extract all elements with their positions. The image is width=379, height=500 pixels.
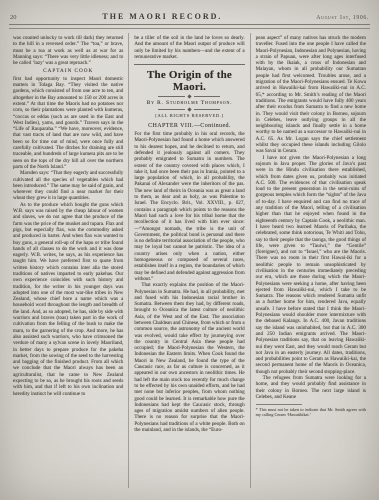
diamond-ornament-icon [187, 95, 191, 99]
rights-reserved-notice: [ALL RIGHTS RESERVED.] [134, 113, 244, 119]
publication-title: THE MAORI RECORD. [102, 12, 222, 21]
article-title: The Origin of the Maori. [134, 69, 244, 93]
column-layout: was counted unlucky to work till dark) t… [8, 33, 371, 488]
page-inner: 20 THE MAORI RECORD. August 1st, 1906. w… [0, 0, 379, 488]
paragraph-previous-article-end: be a tiller of the soil in the land he l… [134, 35, 244, 60]
footnote: * This must not be taken to indicate tha… [256, 407, 366, 417]
article-byline: By R. Studholme Thompson. [134, 100, 244, 106]
rule-bar [194, 96, 221, 97]
rule-bar [158, 109, 185, 110]
paragraph: was counted unlucky to work till dark) t… [13, 35, 123, 66]
masthead: 20 THE MAORI RECORD. August 1st, 1906. [8, 10, 371, 24]
rule-bar [194, 109, 221, 110]
diamond-ornament-icon [187, 108, 191, 112]
column-middle: be a tiller of the soil in the land he l… [128, 33, 249, 488]
paragraph: As to the produce which bought the guns … [13, 202, 123, 397]
paragraph: pean aspect” of many natives has struck … [256, 35, 366, 155]
masthead-double-rule [9, 24, 370, 29]
scanned-newspaper-page: 20 THE MAORI RECORD. August 1st, 1906. w… [0, 0, 379, 500]
column-left: was counted unlucky to work till dark) t… [8, 33, 128, 488]
footnote-rule [256, 404, 302, 405]
ornament-rule-icon [158, 108, 220, 111]
paragraph: first had opportunity to inspect Maori d… [13, 76, 123, 170]
column-right: pean aspect” of many natives has struck … [250, 33, 371, 488]
paragraph: That exactly explains the position of th… [134, 282, 244, 433]
issue-date: August 1st, 1906. [316, 15, 369, 21]
rule-bar [158, 96, 185, 97]
ornament-rule-icon [158, 95, 220, 98]
chapter-heading: CHAPTER VIII.—Continued. [134, 123, 244, 129]
section-subhead-captain-cook: CAPTAIN COOK [13, 68, 123, 74]
page-number: 20 [10, 14, 17, 21]
paragraph: I have not given the Maori-Polynesian a … [256, 155, 366, 375]
paragraph: Marsden says: “That they eagerly and suc… [13, 170, 123, 201]
paragraph: For the first time probably in his oral … [134, 131, 244, 282]
article-divider-rule [134, 64, 244, 65]
paragraph: The refugees from Sumatra were looking f… [256, 375, 366, 400]
